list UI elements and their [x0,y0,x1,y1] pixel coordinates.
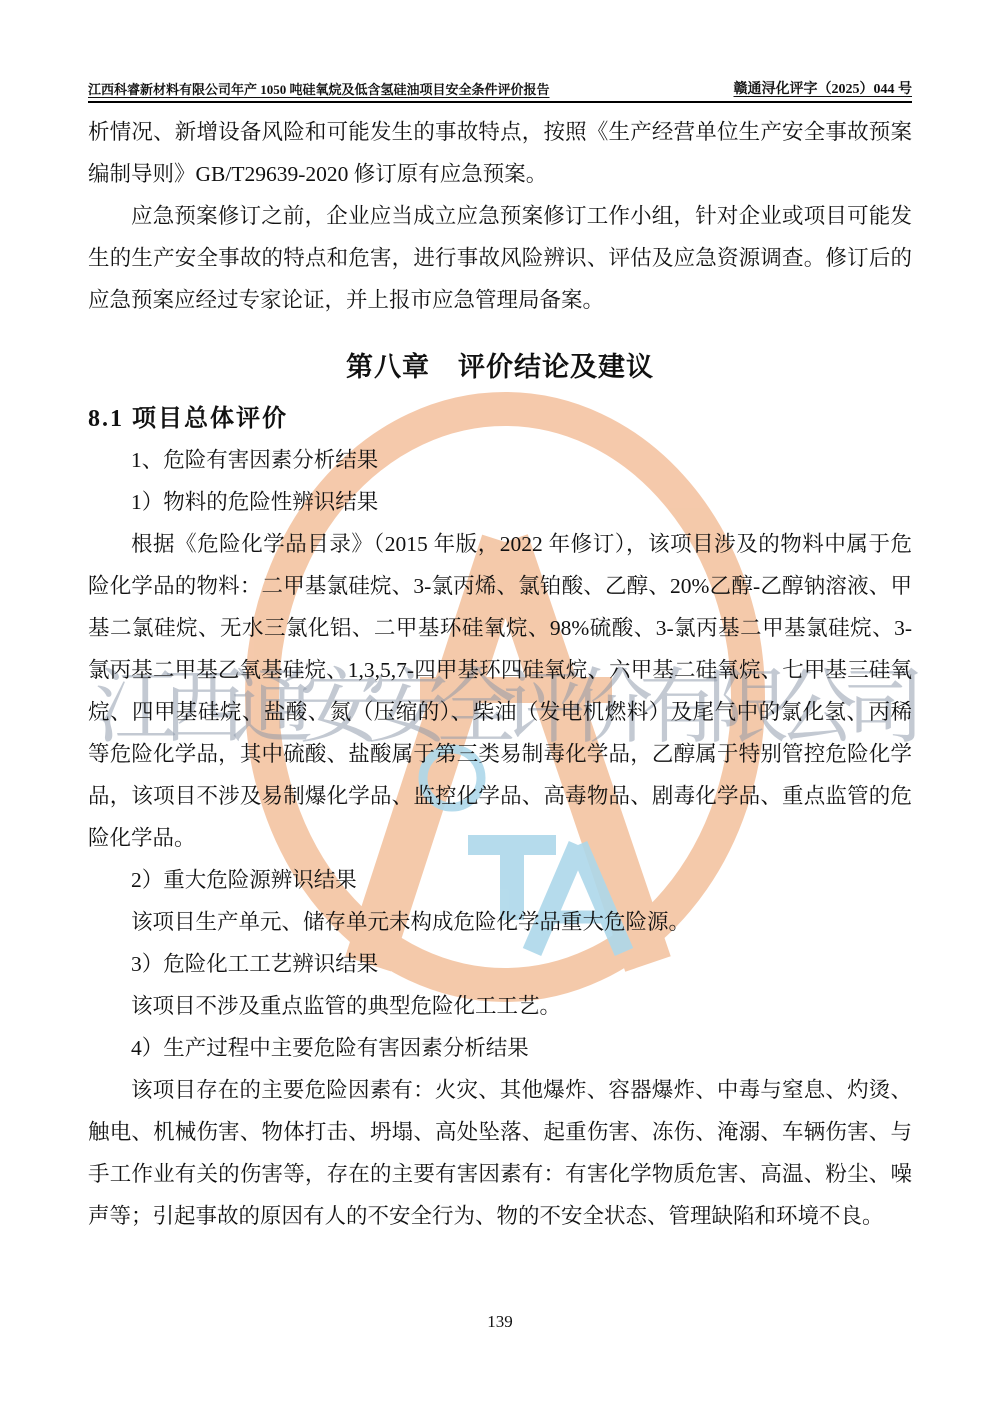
paragraph: 该项目生产单元、储存单元未构成危险化学品重大危险源。 [88,901,912,943]
paragraph: 析情况、新增设备风险和可能发生的事故特点，按照《生产经营单位生产安全事故预案编制… [88,111,912,195]
header-report-title: 江西科睿新材料有限公司年产 1050 吨硅氧烷及低含氢硅油项目安全条件评价报告 [88,79,550,98]
paragraph: 该项目存在的主要危险因素有：火灾、其他爆炸、容器爆炸、中毒与窒息、灼烫、触电、机… [88,1069,912,1237]
page-footer: 139 [0,1312,1000,1332]
document-page: 江西通安安全评价有限公司 江西科睿新材料有限公司年产 1050 吨硅氧烷及低含氢… [0,0,1000,1414]
page-header: 江西科睿新材料有限公司年产 1050 吨硅氧烷及低含氢硅油项目安全条件评价报告 … [88,78,912,103]
chapter-title: 第八章 评价结论及建议 [88,345,912,389]
paragraph: 4）生产过程中主要危险有害因素分析结果 [88,1027,912,1069]
page-number: 139 [487,1312,513,1331]
paragraph: 2）重大危险源辨识结果 [88,859,912,901]
paragraph: 3）危险化工工艺辨识结果 [88,943,912,985]
paragraph: 应急预案修订之前，企业应当成立应急预案修订工作小组，针对企业或项目可能发生的生产… [88,195,912,321]
paragraph: 1、危险有害因素分析结果 [88,439,912,481]
section-title: 8.1 项目总体评价 [88,399,912,439]
paragraph: 1）物料的危险性辨识结果 [88,481,912,523]
header-document-number: 赣通浔化评字（2025）044 号 [734,78,913,98]
paragraph: 根据《危险化学品目录》（2015 年版，2022 年修订），该项目涉及的物料中属… [88,523,912,859]
paragraph: 该项目不涉及重点监管的典型危险化工工艺。 [88,985,912,1027]
document-body: 析情况、新增设备风险和可能发生的事故特点，按照《生产经营单位生产安全事故预案编制… [88,111,912,1237]
